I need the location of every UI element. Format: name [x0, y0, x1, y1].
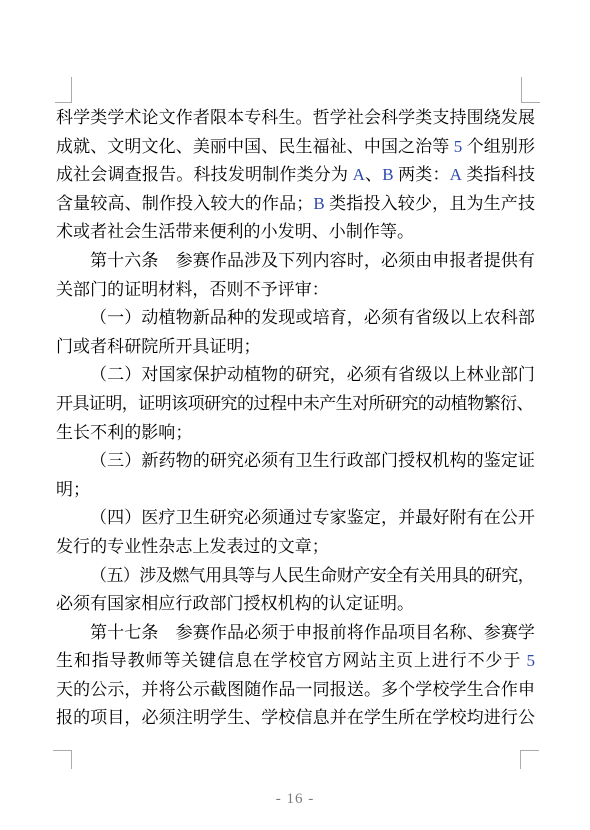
text-line: 门或者科研院所开具证明； — [56, 333, 535, 362]
text-line: 生长不利的影响； — [56, 419, 535, 448]
cjk-text: 门或者科研院所开具证明； — [56, 337, 261, 356]
latin-text: A — [450, 165, 462, 184]
text-line: 含量较高、制作投入较大的作品；B 类指投入较少，且为生产技 — [56, 190, 535, 219]
text-line: 第十六条 参赛作品涉及下列内容时，必须由申报者提供有 — [56, 247, 535, 276]
cjk-text: 类指科技 — [462, 165, 535, 184]
text-line: 发行的专业性杂志上发表过的文章； — [56, 533, 535, 562]
cjk-text: 第十六条 参赛作品涉及下列内容时，必须由申报者提供有 — [90, 251, 535, 270]
text-line: 成社会调查报告。科技发明制作类分为 A、B 两类：A 类指科技 — [56, 161, 535, 190]
cjk-text: 必须有国家相应行政部门授权机构的认定证明。 — [56, 594, 414, 613]
text-line: 术或者社会生活带来便利的小发明、小制作等。 — [56, 218, 535, 247]
text-line: 关部门的证明材料，否则不予评审： — [56, 276, 535, 305]
document-page: 科学类学术论文作者限本专科生。哲学社会科学类支持围绕发展成就、文明文化、美丽中国… — [0, 0, 590, 830]
page-number: - 16 - — [0, 791, 590, 808]
text-line: （四）医疗卫生研究必须通过专家鉴定，并最好附有在公开 — [56, 504, 535, 533]
text-line: 必须有国家相应行政部门授权机构的认定证明。 — [56, 590, 535, 619]
text-area: 科学类学术论文作者限本专科生。哲学社会科学类支持围绕发展成就、文明文化、美丽中国… — [56, 104, 535, 733]
text-line: 科学类学术论文作者限本专科生。哲学社会科学类支持围绕发展 — [56, 104, 535, 133]
cjk-text: 报的项目，必须注明学生、学校信息并在学生所在学校均进行公 — [56, 708, 535, 727]
cjk-text: 明； — [56, 480, 90, 499]
cjk-text: 生和指导教师等关键信息在学校官方网站主页上进行不少于 — [56, 651, 526, 670]
text-line: （三）新药物的研究必须有卫生行政部门授权机构的鉴定证 — [56, 447, 535, 476]
cjk-text: 类指投入较少，且为生产技 — [325, 194, 535, 213]
cjk-text: 关部门的证明材料，否则不予评审： — [56, 280, 329, 299]
cjk-text: 术或者社会生活带来便利的小发明、小制作等。 — [56, 222, 414, 241]
cjk-text: 含量较高、制作投入较大的作品； — [56, 194, 313, 213]
cjk-text: 两类： — [394, 165, 450, 184]
cjk-text: 、 — [365, 165, 382, 184]
text-line: 天的公示，并将公示截图随作品一同报送。多个学校学生合作申 — [56, 676, 535, 705]
latin-text: 5 — [454, 137, 463, 156]
text-line: 明； — [56, 476, 535, 505]
text-boundary-mark-bottom-right — [520, 750, 539, 769]
text-boundary-mark-bottom-left — [53, 750, 72, 769]
text-line: 成就、文明文化、美丽中国、民生福祉、中国之治等 5 个组别形 — [56, 133, 535, 162]
cjk-text: 科学类学术论文作者限本专科生。哲学社会科学类支持围绕发展 — [56, 108, 535, 127]
cjk-text: 生长不利的影响； — [56, 423, 192, 442]
cjk-text: 成就、文明文化、美丽中国、民生福祉、中国之治等 — [56, 137, 454, 156]
cjk-text: （二）对国家保护动植物的研究，必须有省级以上林业部门 — [90, 365, 535, 384]
text-line: 第十七条 参赛作品必须于申报前将作品项目名称、参赛学 — [56, 619, 535, 648]
text-line: 报的项目，必须注明学生、学校信息并在学生所在学校均进行公 — [56, 704, 535, 733]
cjk-text: （四）医疗卫生研究必须通过专家鉴定，并最好附有在公开 — [90, 508, 535, 527]
cjk-text: （五）涉及燃气用具等与人民生命财产安全有关用具的研究， — [90, 566, 534, 585]
latin-text: 5 — [526, 651, 535, 670]
cjk-text: （一）动植物新品种的发现或培育，必须有省级以上农科部 — [90, 308, 535, 327]
text-line: 开具证明，证明该项研究的过程中未产生对所研究的动植物繁衍、 — [56, 390, 535, 419]
text-boundary-mark-top-right — [521, 77, 540, 103]
cjk-text: 个组别形 — [462, 137, 535, 156]
cjk-text: 成社会调查报告。科技发明制作类分为 — [56, 165, 353, 184]
cjk-text: 发行的专业性杂志上发表过的文章； — [56, 537, 329, 556]
latin-text: B — [382, 165, 393, 184]
text-boundary-mark-top-left — [55, 77, 72, 103]
latin-text: B — [313, 194, 324, 213]
cjk-text: 天的公示，并将公示截图随作品一同报送。多个学校学生合作申 — [56, 680, 535, 699]
cjk-text: 第十七条 参赛作品必须于申报前将作品项目名称、参赛学 — [90, 623, 535, 642]
cjk-text: （三）新药物的研究必须有卫生行政部门授权机构的鉴定证 — [90, 451, 535, 470]
text-line: 生和指导教师等关键信息在学校官方网站主页上进行不少于 5 — [56, 647, 535, 676]
text-line: （一）动植物新品种的发现或培育，必须有省级以上农科部 — [56, 304, 535, 333]
cjk-text: 开具证明，证明该项研究的过程中未产生对所研究的动植物繁衍、 — [56, 394, 533, 413]
text-line: （五）涉及燃气用具等与人民生命财产安全有关用具的研究， — [56, 562, 535, 591]
latin-text: A — [353, 165, 365, 184]
text-line: （二）对国家保护动植物的研究，必须有省级以上林业部门 — [56, 361, 535, 390]
